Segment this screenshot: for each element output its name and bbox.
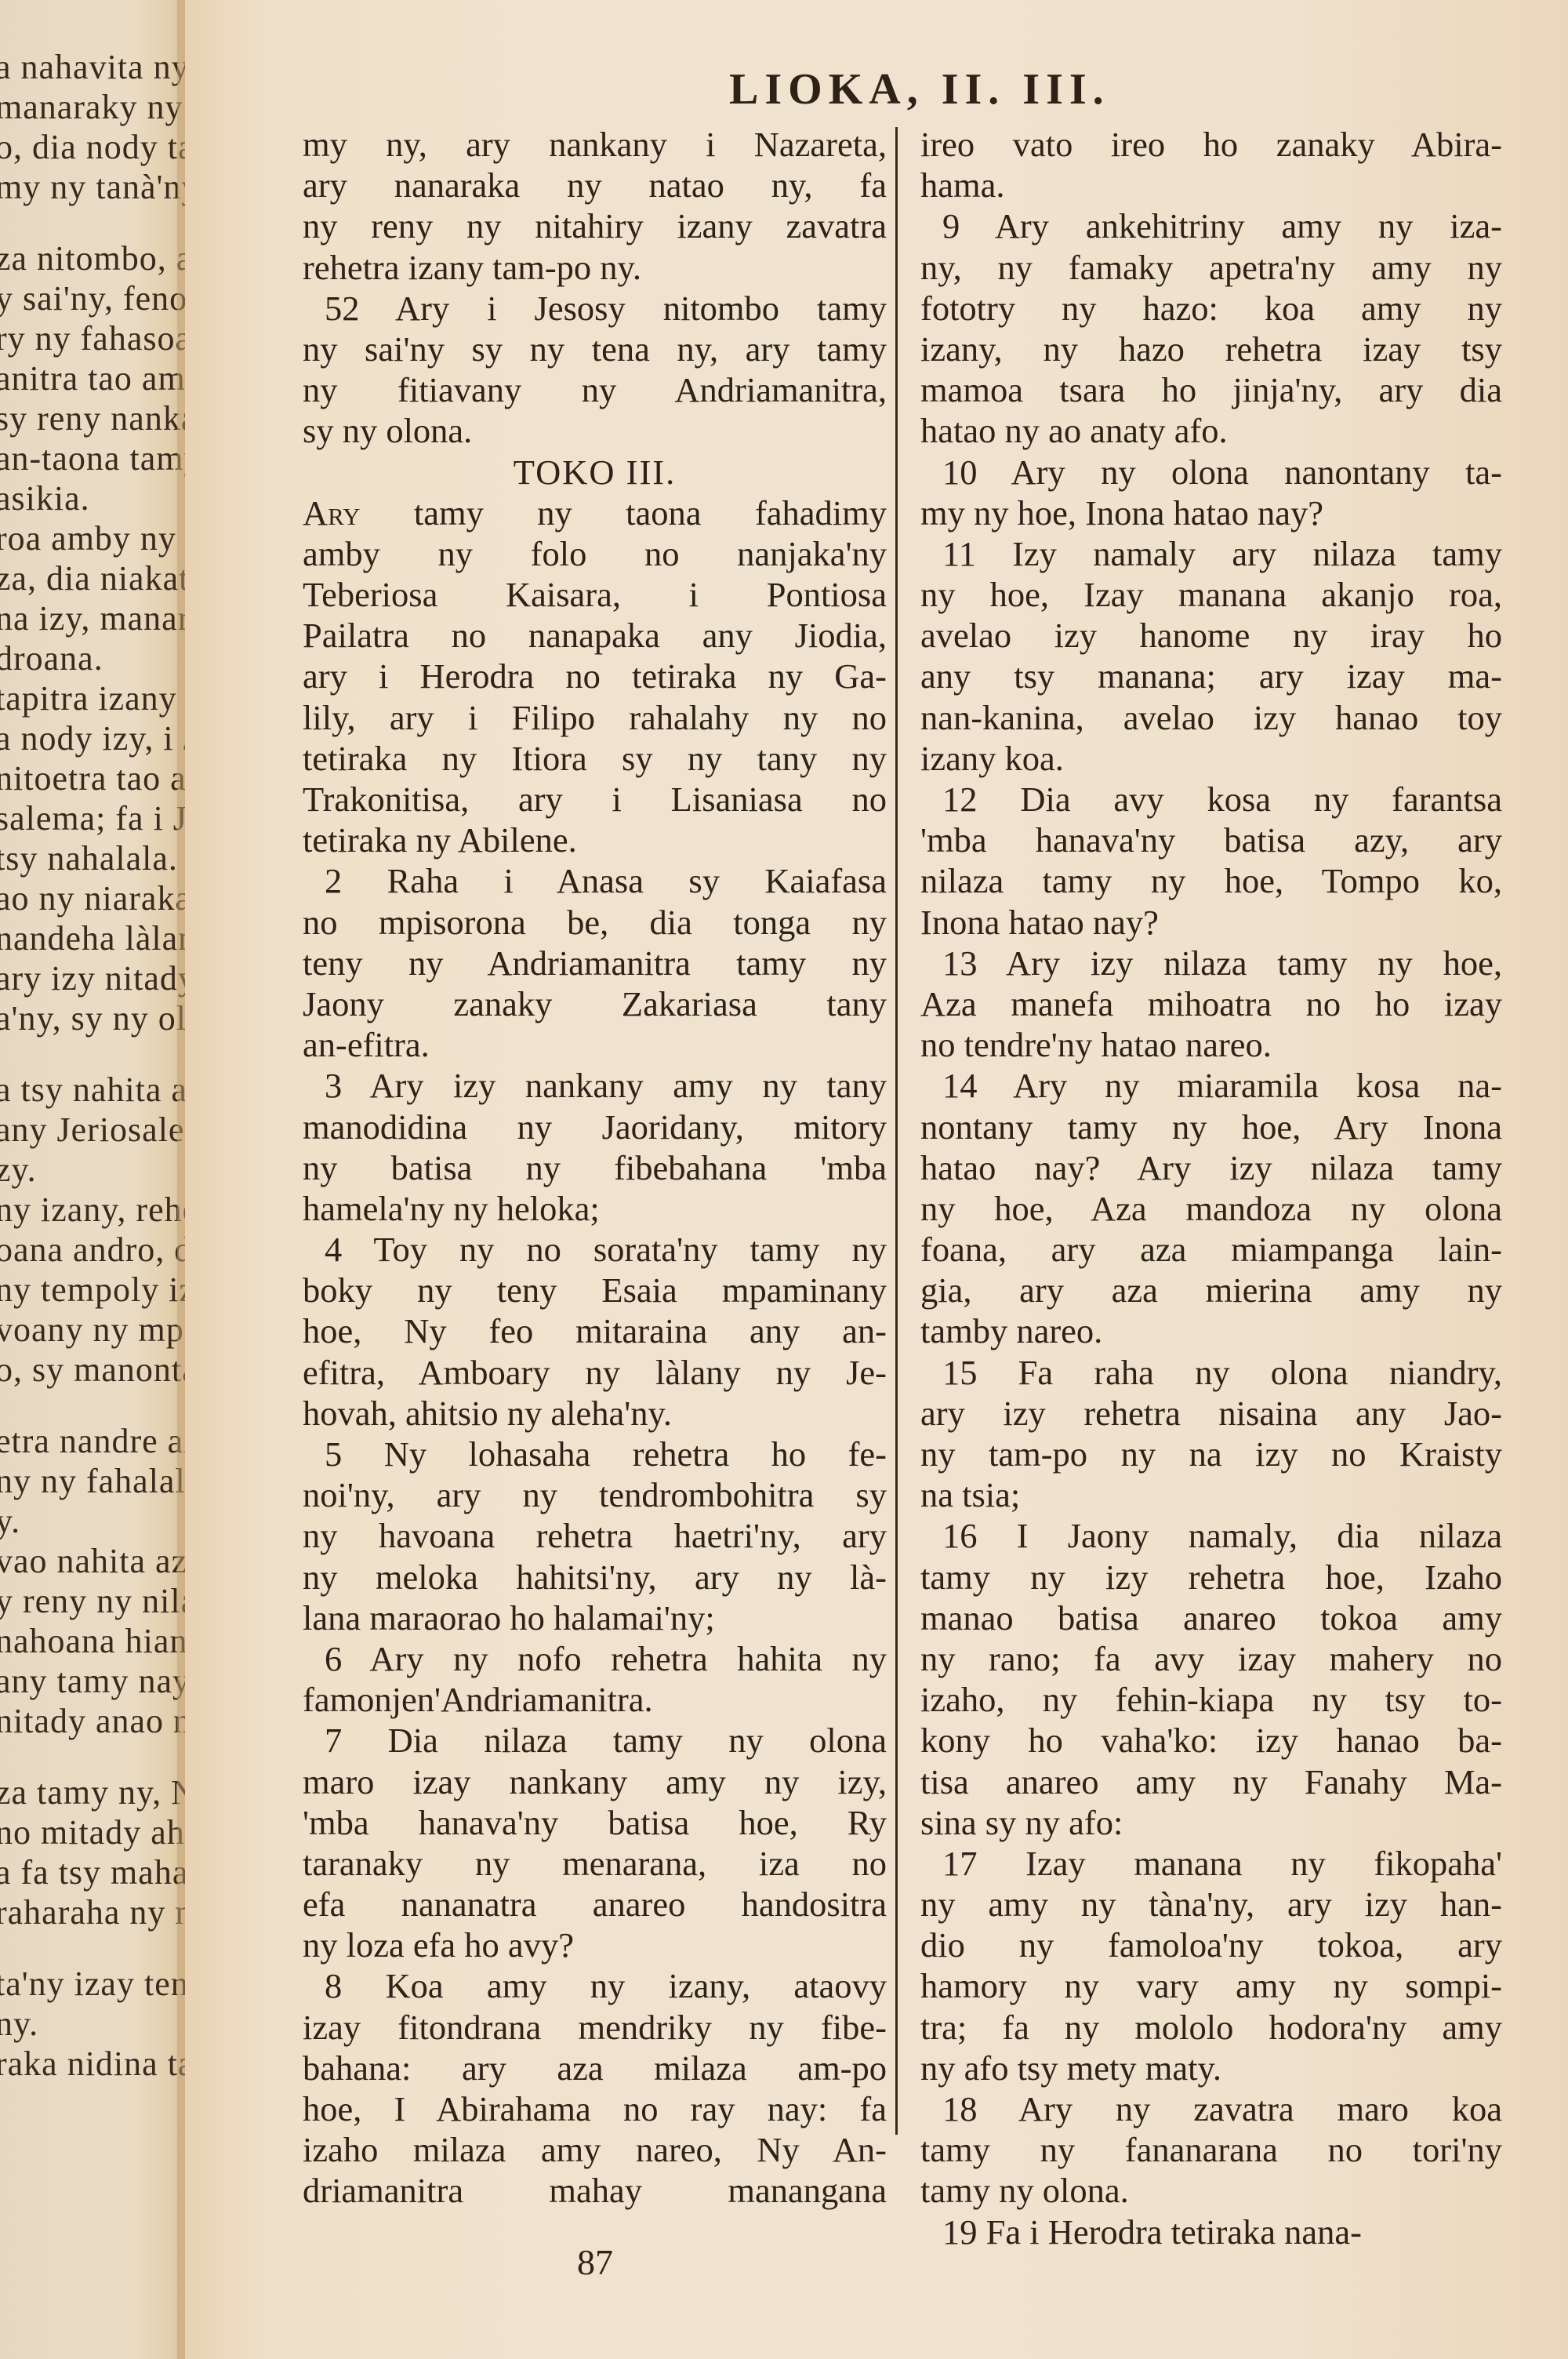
facing-text-line: tsy nahalala. bbox=[0, 838, 183, 878]
facing-text-line: anitra tao amy ny bbox=[0, 358, 183, 398]
text-line: lily, ary i Filipo rahalahy ny no bbox=[303, 697, 887, 738]
text-line: Jaony zanaky Zakariasa tany bbox=[303, 983, 887, 1024]
text-line: foana, ary aza miampanga lain- bbox=[920, 1229, 1502, 1270]
text-line: sy ny olona. bbox=[303, 410, 887, 451]
facing-text-line: raharaha ny ny bbox=[0, 1892, 183, 1932]
text-line: boky ny teny Esaia mpaminany bbox=[303, 1270, 887, 1310]
facing-text-line: etra nandre azy, bbox=[0, 1421, 183, 1461]
text-line: 13 Ary izy nilaza tamy ny hoe, bbox=[920, 943, 1502, 983]
facing-text-line: y sai'ny, fenoi'ny bbox=[0, 278, 183, 318]
text-line: avelao izy hanome ny iray ho bbox=[920, 615, 1502, 656]
text-line: amby ny folo no nanjaka'ny bbox=[303, 533, 887, 574]
text-line: tamy ny izy rehetra hoe, Izaho bbox=[920, 1557, 1502, 1598]
facing-text-line: ta'ny izay teny bbox=[0, 1964, 183, 2004]
text-line: teny ny Andriamanitra tamy ny bbox=[303, 943, 887, 983]
text-line: tra; fa ny mololo hodora'ny amy bbox=[920, 2007, 1502, 2048]
text-line: nontany tamy ny hoe, Ary Inona bbox=[920, 1107, 1502, 1147]
facing-text-line: o, dia nody tany bbox=[0, 127, 183, 167]
text-line: no tendre'ny hatao nareo. bbox=[920, 1024, 1502, 1065]
text-line: 5 Ny lohasaha rehetra ho fe- bbox=[303, 1434, 887, 1474]
text-line: mamoa tsara ho jinja'ny, ary dia bbox=[920, 369, 1502, 410]
text-line: 'mba hanava'ny batisa azy, ary bbox=[920, 820, 1502, 860]
facing-text-line: a tsy nahita azy, bbox=[0, 1070, 183, 1110]
facing-text-line: zy. bbox=[0, 1150, 183, 1190]
text-line: hoe, I Abirahama no ray nay: fa bbox=[303, 2088, 887, 2129]
text-line: ary i Herodra no tetiraka ny Ga- bbox=[303, 656, 887, 696]
facing-text-line: nitady anao ny bbox=[0, 1701, 183, 1741]
facing-text-line: ny. bbox=[0, 2004, 183, 2044]
facing-text-line: any Jeriosalema bbox=[0, 1110, 183, 1150]
text-line: taranaky ny menarana, iza no bbox=[303, 1843, 887, 1884]
text-line: hoe, Ny feo mitaraina any an- bbox=[303, 1310, 887, 1351]
facing-text-line: salema; fa i Jo bbox=[0, 798, 183, 838]
text-line: tisa anareo amy ny Fanahy Ma- bbox=[920, 1761, 1502, 1802]
text-line: tamy ny olona. bbox=[920, 2170, 1502, 2211]
text-line: Teberiosa Kaisara, i Pontiosa bbox=[303, 574, 887, 615]
text-line: an-efitra. bbox=[303, 1024, 887, 1065]
facing-text-line: my ny tanà'ny ny bbox=[0, 167, 183, 207]
text-line: ny afo tsy mety maty. bbox=[920, 2048, 1502, 2088]
facing-text-line: za tamy ny, Na- bbox=[0, 1772, 183, 1812]
text-line: ny meloka hahitsi'ny, ary ny là- bbox=[303, 1557, 887, 1598]
text-line: 'mba hanava'ny batisa hoe, Ry bbox=[303, 1802, 887, 1843]
text-line: ary nanaraka ny natao ny, fa bbox=[303, 165, 887, 205]
text-line: noi'ny, ary ny tendrombohitra sy bbox=[303, 1474, 887, 1515]
facing-text-line: tapitra izany an bbox=[0, 678, 183, 718]
facing-text-line: no mitady ahy? bbox=[0, 1812, 183, 1852]
text-line: manao batisa anareo tokoa amy bbox=[920, 1598, 1502, 1638]
text-line: ny rano; fa avy izay mahery no bbox=[920, 1638, 1502, 1679]
facing-text-line: ny izany, rehefa bbox=[0, 1190, 183, 1230]
text-line: na tsia; bbox=[920, 1474, 1502, 1515]
text-line: famonjen'Andriamanitra. bbox=[303, 1679, 887, 1720]
text-line: 12 Dia avy kosa ny farantsa bbox=[920, 779, 1502, 820]
text-line: 17 Izay manana ny fikopaha' bbox=[920, 1843, 1502, 1884]
text-line: efitra, Amboary ny làlany ny Je- bbox=[303, 1352, 887, 1393]
text-line: izaho, ny fehin-kiapa ny tsy to- bbox=[920, 1679, 1502, 1720]
text-line: 6 Ary ny nofo rehetra hahita ny bbox=[303, 1638, 887, 1679]
text-line: hatao ny ao anaty afo. bbox=[920, 410, 1502, 451]
facing-text-line: za nitombo, ary bbox=[0, 238, 183, 278]
facing-text-line: oana andro, dia bbox=[0, 1230, 183, 1270]
facing-text-line: a nody izy, i Je bbox=[0, 718, 183, 758]
facing-text-line: ry ny fahasoava' bbox=[0, 318, 183, 358]
facing-text-line: o, sy manontany bbox=[0, 1350, 183, 1390]
text-line: hatao nay? Ary izy nilaza tamy bbox=[920, 1147, 1502, 1188]
text-line: izany koa. bbox=[920, 738, 1502, 779]
text-line: hamory ny vary amy ny sompi- bbox=[920, 1965, 1502, 2006]
text-line: dio ny famoloa'ny tokoa, ary bbox=[920, 1925, 1502, 1965]
text-line: ny hoe, Izay manana akanjo roa, bbox=[920, 574, 1502, 615]
text-line: ny loza efa ho avy? bbox=[303, 1925, 887, 1965]
facing-text-line bbox=[0, 1390, 183, 1421]
text-line: any tsy manana; ary izay ma- bbox=[920, 656, 1502, 696]
text-line: bahana: ary aza milaza am-po bbox=[303, 2048, 887, 2088]
text-line: ary izy rehetra nisaina any Jao- bbox=[920, 1393, 1502, 1434]
text-line: my ny hoe, Inona hatao nay? bbox=[920, 493, 1502, 533]
facing-text-line: ny tempoly izy, bbox=[0, 1270, 183, 1310]
text-line: efa nananatra anareo handositra bbox=[303, 1884, 887, 1925]
page-number: 87 bbox=[577, 2241, 613, 2283]
facing-text-line: vao nahita azy, bbox=[0, 1541, 183, 1581]
text-line: 4 Toy ny no sorata'ny tamy ny bbox=[303, 1229, 887, 1270]
text-line: ny havoana rehetra haetri'ny, ary bbox=[303, 1515, 887, 1556]
text-line: izaho milaza amy nareo, Ny An- bbox=[303, 2129, 887, 2170]
facing-text-line bbox=[0, 1741, 183, 1772]
text-line: tamby nareo. bbox=[920, 1310, 1502, 1351]
facing-text-line: a fa tsy mahay bbox=[0, 1852, 183, 1892]
text-line: sina sy ny afo: bbox=[920, 1802, 1502, 1843]
text-line: my ny, ary nankany i Nazareta, bbox=[303, 124, 887, 165]
facing-text-line: droana. bbox=[0, 638, 183, 678]
facing-text-line: raka nidina ta- bbox=[0, 2044, 183, 2084]
text-line: ny sai'ny sy ny tena ny, ary tamy bbox=[303, 329, 887, 369]
facing-page-text: a nahavita ny za manaraky ny lao, dia no… bbox=[0, 47, 183, 2084]
text-line: hama. bbox=[920, 165, 1502, 205]
text-line: ny reny ny nitahiry izany zavatra bbox=[303, 205, 887, 246]
text-line: ny amy ny tàna'ny, ary izy han- bbox=[920, 1884, 1502, 1925]
facing-text-line: na izy, manaraky bbox=[0, 598, 183, 638]
text-line: ireo vato ireo ho zanaky Abira- bbox=[920, 124, 1502, 165]
text-line: no mpisorona be, dia tonga ny bbox=[303, 902, 887, 943]
facing-text-line: y reny ny nilaza bbox=[0, 1581, 183, 1621]
text-line: hovah, ahitsio ny aleha'ny. bbox=[303, 1393, 887, 1434]
text-line: driamanitra mahay manangana bbox=[303, 2170, 887, 2211]
text-line: 18 Ary ny zavatra maro koa bbox=[920, 2088, 1502, 2129]
text-line: 9 Ary ankehitriny amy ny iza- bbox=[920, 205, 1502, 246]
text-line: tetiraka ny Abilene. bbox=[303, 820, 887, 860]
text-line: ny tam-po ny na izy no Kraisty bbox=[920, 1434, 1502, 1474]
text-line: Aza manefa mihoatra no ho izay bbox=[920, 983, 1502, 1024]
right-text-column: ireo vato ireo ho zanaky Abira-hama.9 Ar… bbox=[920, 124, 1502, 2252]
text-line: ny hoe, Aza mandoza ny olona bbox=[920, 1188, 1502, 1229]
text-line: 16 I Jaony namaly, dia nilaza bbox=[920, 1515, 1502, 1556]
text-line: manodidina ny Jaoridany, mitory bbox=[303, 1107, 887, 1147]
facing-text-line bbox=[0, 1932, 183, 1964]
facing-text-line: nandeha làlana bbox=[0, 918, 183, 958]
facing-text-line: manaraky ny la bbox=[0, 87, 183, 127]
column-divider bbox=[895, 127, 898, 2135]
text-line: Inona hatao nay? bbox=[920, 902, 1502, 943]
text-line: 10 Ary ny olona nanontany ta- bbox=[920, 452, 1502, 493]
facing-text-line: y. bbox=[0, 1501, 183, 1541]
chapter-heading: TOKO III. bbox=[303, 452, 887, 493]
text-line: 7 Dia nilaza tamy ny olona bbox=[303, 1720, 887, 1761]
text-line: 15 Fa raha ny olona niandry, bbox=[920, 1352, 1502, 1393]
text-line: 52 Ary i Jesosy nitombo tamy bbox=[303, 288, 887, 329]
book-page: LIOKA, II. III. my ny, ary nankany i Naz… bbox=[185, 0, 1568, 2359]
facing-text-line: za, dia niakatra bbox=[0, 558, 183, 598]
facing-text-line bbox=[0, 1038, 183, 1070]
text-line: 8 Koa amy ny izany, ataovy bbox=[303, 1965, 887, 2006]
text-line: nan-kanina, avelao izy hanao toy bbox=[920, 697, 1502, 738]
text-line: izany, ny hazo rehetra izay tsy bbox=[920, 329, 1502, 369]
text-line: 3 Ary izy nankany amy ny tany bbox=[303, 1065, 887, 1106]
running-head: LIOKA, II. III. bbox=[729, 64, 1110, 114]
facing-text-line: asikia. bbox=[0, 478, 183, 518]
text-line: 14 Ary ny miaramila kosa na- bbox=[920, 1065, 1502, 1106]
text-line: tetiraka ny Itiora sy ny tany ny bbox=[303, 738, 887, 779]
text-line: ny fitiavany ny Andriamanitra, bbox=[303, 369, 887, 410]
facing-text-line: ary izy nitady bbox=[0, 958, 183, 998]
text-line: 2 Raha i Anasa sy Kaiafasa bbox=[303, 860, 887, 901]
facing-text-line: ny ny fahalala'ny, bbox=[0, 1461, 183, 1501]
text-line: izay fitondrana mendriky ny fibe- bbox=[303, 2007, 887, 2048]
left-text-column: my ny, ary nankany i Nazareta,ary nanara… bbox=[303, 124, 887, 2212]
facing-text-line: a'ny, sy ny olom bbox=[0, 998, 183, 1038]
facing-text-line: an-taona tamy ny bbox=[0, 438, 183, 478]
facing-text-line: voany ny mpam bbox=[0, 1310, 183, 1350]
facing-text-line: nitoetra tao aori bbox=[0, 758, 183, 798]
facing-text-line bbox=[0, 207, 183, 238]
text-line: Pailatra no nanapaka any Jiodia, bbox=[303, 615, 887, 656]
facing-page: a nahavita ny za manaraky ny lao, dia no… bbox=[0, 0, 185, 2359]
text-line: ny, ny famaky apetra'ny amy ny bbox=[920, 247, 1502, 288]
text-line: kony ho vaha'ko: izy hanao ba- bbox=[920, 1720, 1502, 1761]
text-line: nilaza tamy ny hoe, Tompo ko, bbox=[920, 860, 1502, 901]
facing-text-line: roa amby ny fo bbox=[0, 518, 183, 558]
text-line: Trakonitisa, ary i Lisaniasa no bbox=[303, 779, 887, 820]
text-line: rehetra izany tam-po ny. bbox=[303, 247, 887, 288]
facing-text-line: a nahavita ny za bbox=[0, 47, 183, 87]
text-line: tamy ny fananarana no tori'ny bbox=[920, 2129, 1502, 2170]
text-line: maro izay nankany amy ny izy, bbox=[303, 1761, 887, 1802]
facing-text-line: sy reny nankany bbox=[0, 398, 183, 438]
text-line: 11 Izy namaly ary nilaza tamy bbox=[920, 533, 1502, 574]
text-line: ny batisa ny fibebahana 'mba bbox=[303, 1147, 887, 1188]
facing-text-line: nahoana hianao bbox=[0, 1621, 183, 1661]
text-line: Ary tamy ny taona fahadimy bbox=[303, 493, 887, 533]
text-line: hamela'ny ny heloka; bbox=[303, 1188, 887, 1229]
text-line: fototry ny hazo: koa amy ny bbox=[920, 288, 1502, 329]
facing-text-line: ao ny niaraka ta bbox=[0, 878, 183, 918]
text-line: lana maraorao ho halamai'ny; bbox=[303, 1598, 887, 1638]
text-line: gia, ary aza mierina amy ny bbox=[920, 1270, 1502, 1310]
text-line: 19 Fa i Herodra tetiraka nana- bbox=[920, 2212, 1502, 2252]
facing-text-line: any tamy nay? bbox=[0, 1661, 183, 1701]
